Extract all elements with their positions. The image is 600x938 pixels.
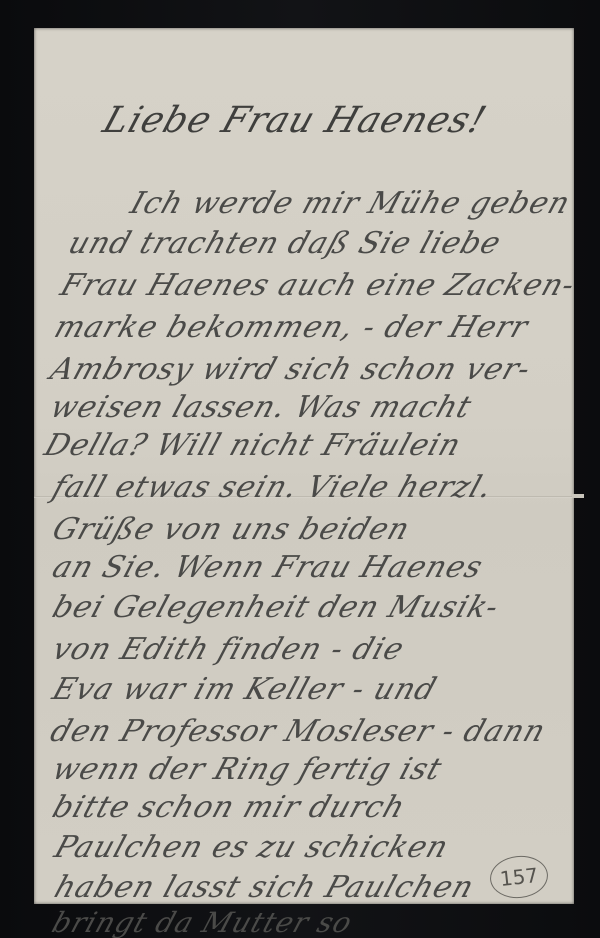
letter-line: bitte schon mir durch bbox=[48, 790, 410, 825]
letter-line: haben lasst sich Paulchen bbox=[50, 870, 479, 905]
letter-line: wenn der Ring fertig ist bbox=[48, 752, 447, 787]
letter-line: und trachten daß Sie liebe bbox=[64, 226, 506, 261]
fold-edge-mark bbox=[572, 494, 584, 498]
letter-line: an Sie. Wenn Frau Haenes bbox=[48, 550, 488, 585]
scan-background: Liebe Frau Haenes! Ich werde mir Mühe ge… bbox=[0, 0, 600, 938]
letter-line: Frau Haenes auch eine Zacken- bbox=[56, 268, 580, 303]
letter-line: fall etwas sein. Viele herzl. bbox=[48, 470, 497, 505]
letter-line: weisen lassen. Was macht bbox=[46, 390, 476, 425]
letter-line: Ich werde mir Mühe geben bbox=[126, 186, 575, 221]
salutation: Liebe Frau Haenes! bbox=[98, 100, 492, 141]
letter-sheet: Liebe Frau Haenes! Ich werde mir Mühe ge… bbox=[34, 28, 574, 904]
letter-line: bringt da Mutter so bbox=[48, 906, 357, 938]
letter-line: marke bekommen, - der Herr bbox=[50, 310, 533, 345]
letter-line: Ambrosy wird sich schon ver- bbox=[46, 352, 536, 387]
page-number-circle: 157 bbox=[488, 853, 550, 901]
letter-line: den Professor Mosleser - dann bbox=[46, 714, 550, 749]
letter-line: Grüße von uns beiden bbox=[48, 512, 415, 547]
letter-line: Eva war im Keller - und bbox=[48, 672, 441, 707]
letter-line: bei Gelegenheit den Musik- bbox=[48, 590, 504, 625]
letter-line: Della? Will nicht Fräulein bbox=[40, 428, 466, 463]
letter-line: von Edith finden - die bbox=[48, 632, 409, 667]
letter-line: Paulchen es zu schicken bbox=[50, 830, 453, 865]
